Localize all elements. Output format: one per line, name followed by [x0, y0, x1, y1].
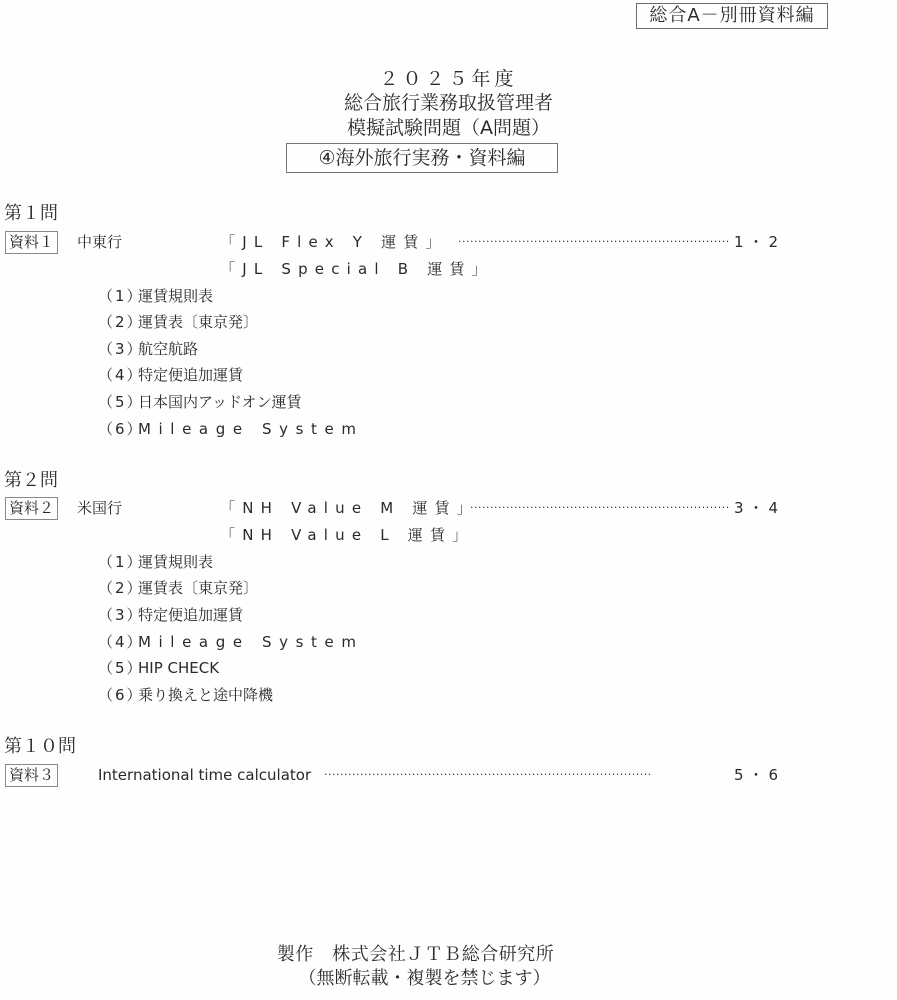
item-text: 乗り換えと途中降機 — [138, 686, 273, 704]
list-item: （1）運賃規則表 — [98, 551, 213, 573]
question-2-heading: 第２問 — [4, 470, 58, 492]
list-item: （5）HIP CHECK — [98, 657, 219, 679]
item-text: 日本国内アッドオン運賃 — [138, 393, 302, 411]
item-number: （6） — [98, 418, 138, 440]
item-number: （4） — [98, 631, 138, 653]
list-item: （2）運賃表〔東京発〕 — [98, 577, 258, 599]
fare-2a: 「NH Value M 運賃」 — [220, 497, 479, 519]
destination-1: 中東行 — [77, 231, 122, 253]
title-exam-type: 模擬試験問題（A問題） — [0, 117, 897, 139]
item-text: Mileage System — [138, 633, 364, 651]
destination-2: 米国行 — [77, 497, 122, 519]
item-number: （4） — [98, 364, 138, 386]
question-1-heading: 第１問 — [4, 203, 58, 225]
item-text: HIP CHECK — [138, 659, 219, 677]
reference-2-label: 資料２ — [5, 497, 58, 520]
list-item: （3）特定便追加運賃 — [98, 604, 243, 626]
reference-1-label: 資料１ — [5, 231, 58, 254]
item-text: 運賃規則表 — [138, 553, 213, 571]
title-year: ２０２５年度 — [0, 68, 897, 90]
title-exam-name: 総合旅行業務取扱管理者 — [0, 92, 897, 114]
list-item: （6）Mileage System — [98, 418, 364, 440]
leader-dots-3: ········································… — [324, 764, 730, 786]
supplement-tag: 総合A－別冊資料編 — [636, 3, 828, 29]
list-item: （3）航空航路 — [98, 338, 198, 360]
item-text: 運賃表〔東京発〕 — [138, 313, 258, 331]
list-item: （6）乗り換えと途中降機 — [98, 684, 273, 706]
fare-1a: 「JL Flex Y 運賃」 — [220, 231, 448, 253]
item-number: （5） — [98, 391, 138, 413]
item-text: 運賃規則表 — [138, 287, 213, 305]
producer-credit: 製作 株式会社ＪＴＢ総合研究所 — [0, 944, 864, 966]
fare-2b: 「NH Value L 運賃」 — [220, 524, 474, 546]
item-text: Mileage System — [138, 420, 364, 438]
pages-1: 1・2 — [734, 231, 783, 253]
item-number: （2） — [98, 311, 138, 333]
list-item: （1）運賃規則表 — [98, 285, 213, 307]
question-10-heading: 第１０問 — [4, 736, 76, 758]
item-number: （3） — [98, 604, 138, 626]
leader-dots-2: ········································… — [470, 497, 730, 519]
item-number: （3） — [98, 338, 138, 360]
item-number: （5） — [98, 657, 138, 679]
item-number: （1） — [98, 551, 138, 573]
leader-dots-1: ········································… — [458, 231, 730, 253]
reference-3-label: 資料３ — [5, 764, 58, 787]
pages-3: 5・6 — [734, 764, 783, 786]
subtitle-box: ④海外旅行実務・資料編 — [286, 143, 558, 173]
time-calculator-entry: International time calculator — [98, 764, 311, 786]
item-number: （1） — [98, 285, 138, 307]
item-number: （2） — [98, 577, 138, 599]
copyright-notice: （無断転載・複製を禁じます） — [0, 968, 873, 990]
list-item: （5）日本国内アッドオン運賃 — [98, 391, 302, 413]
list-item: （2）運賃表〔東京発〕 — [98, 311, 258, 333]
item-text: 特定便追加運賃 — [138, 606, 243, 624]
item-text: 航空航路 — [138, 340, 198, 358]
document-page: 総合A－別冊資料編 ２０２５年度 総合旅行業務取扱管理者 模擬試験問題（A問題）… — [0, 0, 897, 1000]
item-text: 運賃表〔東京発〕 — [138, 579, 258, 597]
pages-2: 3・4 — [734, 497, 783, 519]
item-text: 特定便追加運賃 — [138, 366, 243, 384]
list-item: （4）特定便追加運賃 — [98, 364, 243, 386]
list-item: （4）Mileage System — [98, 631, 364, 653]
item-number: （6） — [98, 684, 138, 706]
fare-1b: 「JL Special B 運賃」 — [220, 258, 494, 280]
